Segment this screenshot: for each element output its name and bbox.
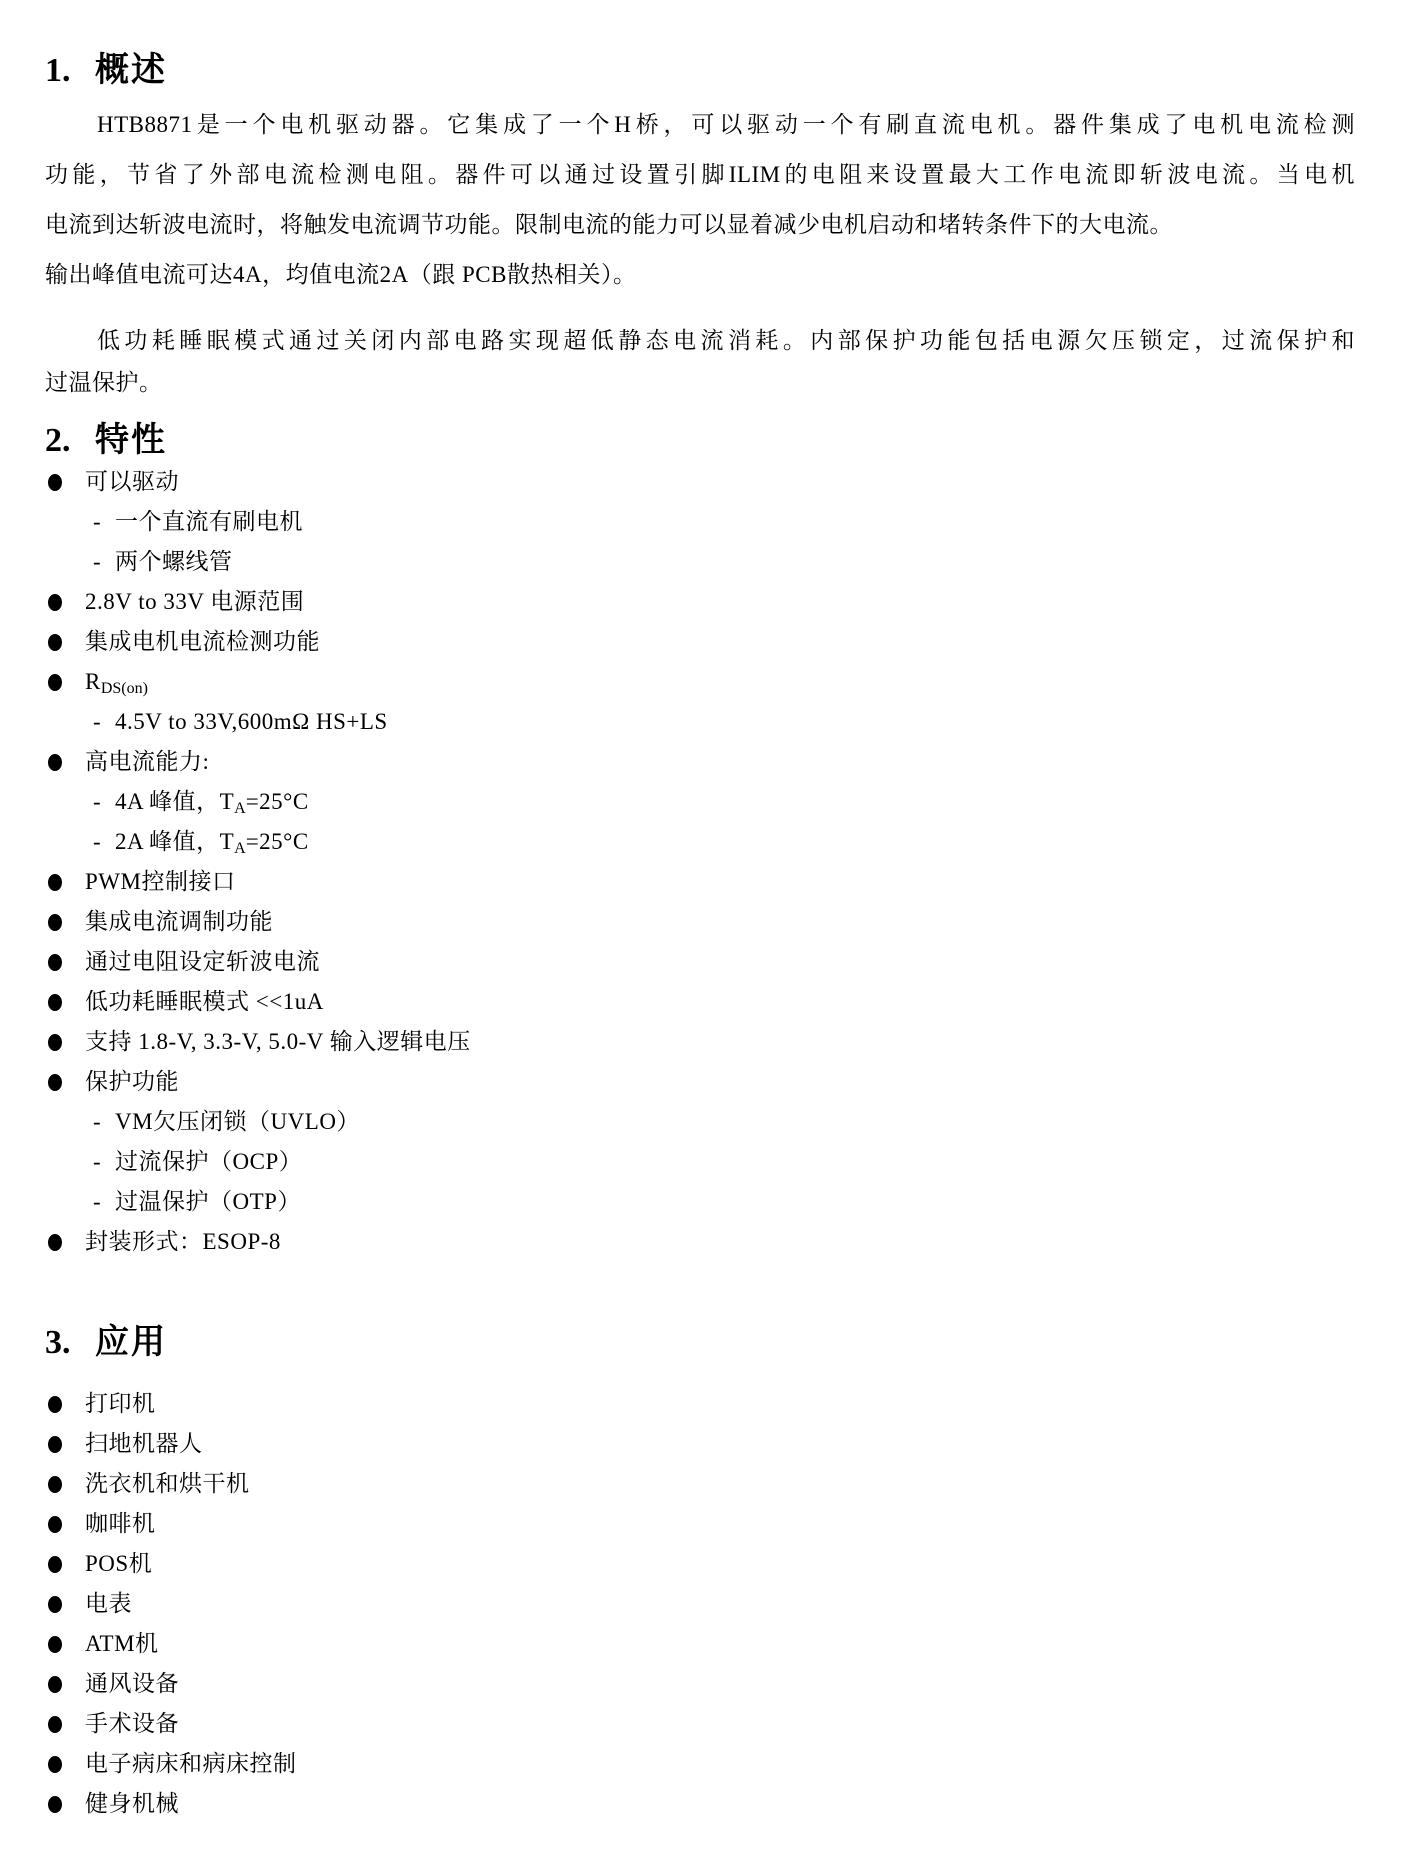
application-item: 扫地机器人 [45, 1424, 1355, 1464]
item-text: 低功耗睡眠模式 <<1uA [85, 989, 324, 1014]
item-text: =25°C [246, 789, 309, 814]
bullet-icon [48, 634, 62, 651]
dash-icon: - [93, 822, 101, 862]
application-item: 咖啡机 [45, 1504, 1355, 1544]
bullet-icon [48, 1476, 62, 1493]
dash-icon: - [93, 1182, 101, 1222]
subscript-text: A [234, 840, 246, 857]
item-text: 打印机 [85, 1391, 156, 1416]
features-list: 可以驱动-一个直流有刷电机-两个螺线管2.8V to 33V 电源范围集成电机电… [45, 462, 1355, 1262]
item-text: 过温保护（OTP） [115, 1189, 301, 1214]
application-item: POS机 [45, 1544, 1355, 1584]
bullet-icon [48, 954, 62, 971]
bullet-icon [48, 1796, 62, 1813]
feature-item: 2.8V to 33V 电源范围 [45, 582, 1355, 622]
item-text: 健身机械 [85, 1791, 179, 1816]
application-item: 电表 [45, 1584, 1355, 1624]
application-item: 电子病床和病床控制 [45, 1744, 1355, 1784]
section-heading-features: 2. 特性 [45, 420, 1355, 462]
subscript-text: DS(on) [101, 680, 148, 697]
feature-subitem: -VM欠压闭锁（UVLO） [45, 1102, 1355, 1142]
bullet-icon [48, 754, 62, 771]
section-title: 应用 [95, 1322, 167, 1364]
application-item: 健身机械 [45, 1784, 1355, 1824]
feature-item: 支持 1.8-V, 3.3-V, 5.0-V 输入逻辑电压 [45, 1022, 1355, 1062]
overview-paragraph-1: HTB8871是一个电机驱动器。它集成了一个H桥，可以驱动一个有刷直流电机。器件… [45, 100, 1355, 300]
item-text: 咖啡机 [85, 1511, 156, 1536]
paragraph-line: 电流到达斩波电流时，将触发电流调节功能。限制电流的能力可以显着减少电机启动和堵转… [45, 200, 1355, 250]
feature-item: 可以驱动 [45, 462, 1355, 502]
feature-item: RDS(on) [45, 662, 1355, 702]
item-text: 封装形式：ESOP-8 [85, 1229, 281, 1254]
item-text: 4.5V to 33V,600mΩ HS+LS [115, 709, 388, 734]
bullet-icon [48, 994, 62, 1011]
paragraph-line: 功能，节省了外部电流检测电阻。器件可以通过设置引脚ILIM的电阻来设置最大工作电… [45, 150, 1355, 200]
dash-icon: - [93, 1102, 101, 1142]
feature-item: 集成电机电流检测功能 [45, 622, 1355, 662]
item-text: 4A 峰值，T [115, 789, 234, 814]
datasheet-page: 1. 概述 HTB8871是一个电机驱动器。它集成了一个H桥，可以驱动一个有刷直… [0, 0, 1401, 1867]
item-text: 扫地机器人 [85, 1431, 203, 1456]
section-title: 特性 [95, 420, 167, 462]
item-text: 过流保护（OCP） [115, 1149, 302, 1174]
item-text: POS机 [85, 1551, 152, 1576]
bullet-icon [48, 1636, 62, 1653]
bullet-icon [48, 874, 62, 891]
bullet-icon [48, 674, 62, 691]
item-text: 手术设备 [85, 1711, 179, 1736]
bullet-icon [48, 1556, 62, 1573]
item-text: 通风设备 [85, 1671, 179, 1696]
section-number: 3. [45, 1322, 95, 1364]
item-text: 2A 峰值，T [115, 829, 234, 854]
item-text: 电子病床和病床控制 [85, 1751, 297, 1776]
feature-item: 集成电流调制功能 [45, 902, 1355, 942]
bullet-icon [48, 1436, 62, 1453]
feature-item: PWM控制接口 [45, 862, 1355, 902]
item-text: 2.8V to 33V 电源范围 [85, 589, 304, 614]
dash-icon: - [93, 542, 101, 582]
paragraph-line: 低功耗睡眠模式通过关闭内部电路实现超低静态电流消耗。内部保护功能包括电源欠压锁定… [45, 320, 1355, 362]
dash-icon: - [93, 1142, 101, 1182]
item-text: 洗衣机和烘干机 [85, 1471, 250, 1496]
section-heading-applications: 3. 应用 [45, 1322, 1355, 1364]
bullet-icon [48, 1074, 62, 1091]
application-item: 洗衣机和烘干机 [45, 1464, 1355, 1504]
section-title: 概述 [95, 50, 167, 92]
feature-item: 通过电阻设定斩波电流 [45, 942, 1355, 982]
item-text: PWM控制接口 [85, 869, 235, 894]
paragraph-line: 输出峰值电流可达4A，均值电流2A（跟 PCB散热相关）。 [45, 250, 1355, 300]
section-number: 2. [45, 420, 95, 462]
paragraph-line: 过温保护。 [45, 362, 1355, 404]
item-text: 一个直流有刷电机 [115, 509, 303, 534]
feature-subitem: -两个螺线管 [45, 542, 1355, 582]
feature-item: 高电流能力: [45, 742, 1355, 782]
section-heading-overview: 1. 概述 [45, 50, 1355, 92]
application-item: 手术设备 [45, 1704, 1355, 1744]
feature-item: 封装形式：ESOP-8 [45, 1222, 1355, 1262]
item-text: 集成电机电流检测功能 [85, 629, 320, 654]
bullet-icon [48, 594, 62, 611]
item-text: ATM机 [85, 1631, 159, 1656]
item-text: 两个螺线管 [115, 549, 233, 574]
section-number: 1. [45, 50, 95, 92]
bullet-icon [48, 1716, 62, 1733]
bullet-icon [48, 1756, 62, 1773]
item-text: VM欠压闭锁（UVLO） [115, 1109, 360, 1134]
feature-subitem: -4A 峰值，TA=25°C [45, 782, 1355, 822]
feature-subitem: -4.5V to 33V,600mΩ HS+LS [45, 702, 1355, 742]
bullet-icon [48, 1234, 62, 1251]
bullet-icon [48, 914, 62, 931]
paragraph-line: HTB8871是一个电机驱动器。它集成了一个H桥，可以驱动一个有刷直流电机。器件… [45, 100, 1355, 150]
item-text: 保护功能 [85, 1069, 179, 1094]
feature-item: 保护功能 [45, 1062, 1355, 1102]
feature-subitem: -一个直流有刷电机 [45, 502, 1355, 542]
item-text: R [85, 669, 101, 694]
application-item: ATM机 [45, 1624, 1355, 1664]
item-text: 电表 [85, 1591, 132, 1616]
application-item: 通风设备 [45, 1664, 1355, 1704]
bullet-icon [48, 1596, 62, 1613]
feature-subitem: -2A 峰值，TA=25°C [45, 822, 1355, 862]
dash-icon: - [93, 502, 101, 542]
item-text: =25°C [246, 829, 309, 854]
bullet-icon [48, 1516, 62, 1533]
overview-paragraph-2: 低功耗睡眠模式通过关闭内部电路实现超低静态电流消耗。内部保护功能包括电源欠压锁定… [45, 320, 1355, 404]
bullet-icon [48, 474, 62, 491]
item-text: 通过电阻设定斩波电流 [85, 949, 320, 974]
dash-icon: - [93, 782, 101, 822]
item-text: 集成电流调制功能 [85, 909, 273, 934]
feature-item: 低功耗睡眠模式 <<1uA [45, 982, 1355, 1022]
application-item: 打印机 [45, 1384, 1355, 1424]
bullet-icon [48, 1676, 62, 1693]
item-text: 高电流能力: [85, 749, 209, 774]
applications-list: 打印机扫地机器人洗衣机和烘干机咖啡机POS机电表ATM机通风设备手术设备电子病床… [45, 1384, 1355, 1824]
bullet-icon [48, 1034, 62, 1051]
feature-subitem: -过温保护（OTP） [45, 1182, 1355, 1222]
item-text: 可以驱动 [85, 469, 179, 494]
item-text: 支持 1.8-V, 3.3-V, 5.0-V 输入逻辑电压 [85, 1029, 471, 1054]
subscript-text: A [234, 800, 246, 817]
feature-subitem: -过流保护（OCP） [45, 1142, 1355, 1182]
bullet-icon [48, 1396, 62, 1413]
dash-icon: - [93, 702, 101, 742]
